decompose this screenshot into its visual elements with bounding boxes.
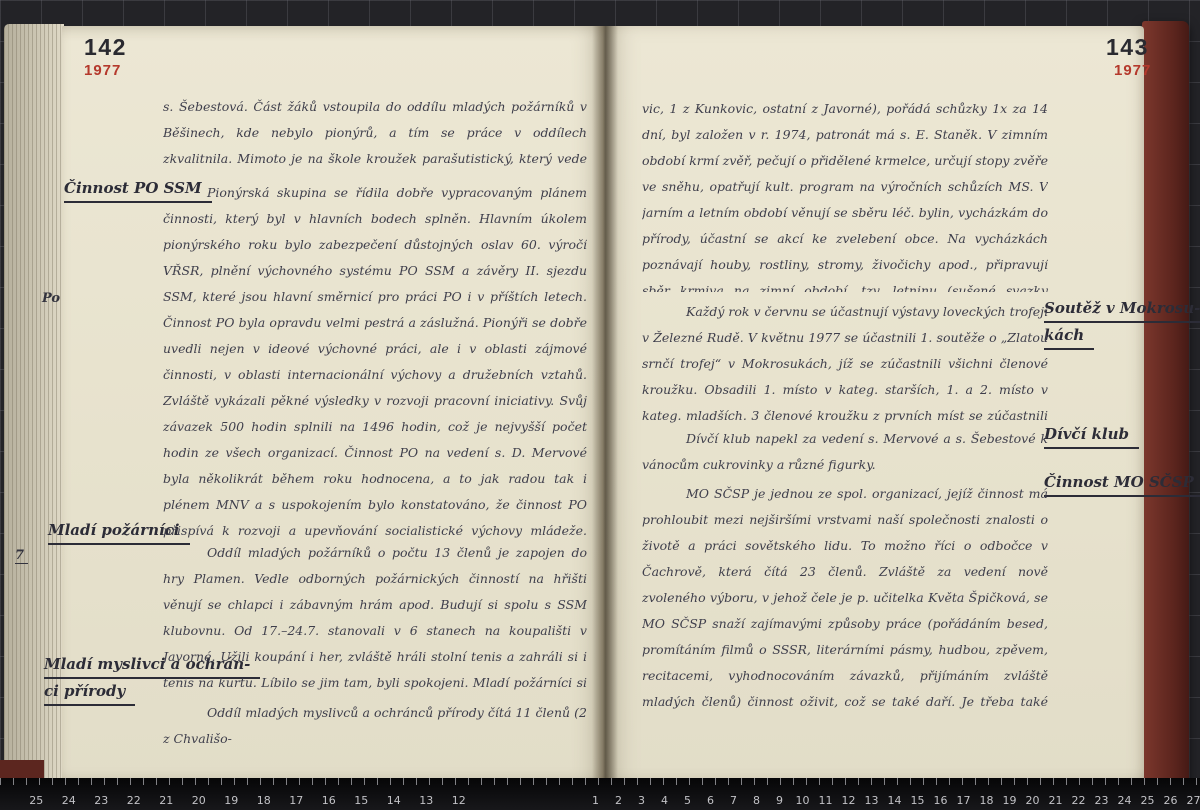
ruler-number: 5 (676, 794, 699, 807)
ruler-number: 10 (791, 794, 814, 807)
ruler-numbers-left: 2524232221201918171615141312 (20, 789, 475, 808)
ruler-number: 19 (215, 794, 248, 807)
edge-mark: Po (42, 291, 60, 306)
paragraph: Pionýrská skupina se řídila dobře vyprac… (163, 180, 587, 538)
heading-divci-klub: Dívčí klub (1044, 422, 1139, 449)
ruler-number: 23 (1090, 794, 1113, 807)
ruler-number: 27 (1182, 794, 1200, 807)
ruler-number: 7 (722, 794, 745, 807)
heading-text: Dívčí klub (1044, 422, 1139, 449)
measuring-ruler: 2524232221201918171615141312 12345678910… (0, 778, 1200, 810)
ruler-number: 1 (584, 794, 607, 807)
ruler-number: 13 (860, 794, 883, 807)
edge-mark: 7 (15, 548, 28, 564)
ruler-number: 16 (929, 794, 952, 807)
ruler-number: 17 (952, 794, 975, 807)
ruler-number: 15 (906, 794, 929, 807)
ruler-number: 21 (1044, 794, 1067, 807)
ruler-number: 26 (1159, 794, 1182, 807)
ruler-number: 25 (20, 794, 53, 807)
ruler-number: 21 (150, 794, 183, 807)
paragraph: vic, 1 z Kunkovic, ostatní z Javorné), p… (642, 96, 1048, 292)
left-page-year: 1977 (84, 62, 121, 79)
ruler-number: 18 (248, 794, 281, 807)
heading-text: Soutěž v Mokrosu- (1044, 296, 1200, 323)
ruler-number: 14 (378, 794, 411, 807)
ruler-number: 24 (1113, 794, 1136, 807)
ruler-number: 13 (410, 794, 443, 807)
ruler-number: 23 (85, 794, 118, 807)
ruler-number: 24 (53, 794, 86, 807)
paragraph: Oddíl mladých požárníků o počtu 13 členů… (163, 540, 587, 698)
ruler-number: 12 (443, 794, 476, 807)
ruler-number: 2 (607, 794, 630, 807)
heading-soutez-v-mokrosukach: Soutěž v Mokrosu- kách (1044, 296, 1200, 350)
ruler-number: 16 (313, 794, 346, 807)
ruler-number: 3 (630, 794, 653, 807)
ruler-number: 11 (814, 794, 837, 807)
right-page-year: 1977 (1114, 62, 1151, 79)
ruler-number: 17 (280, 794, 313, 807)
ruler-number: 22 (118, 794, 151, 807)
ruler-numbers-right: 1234567891011121314151617181920212223242… (584, 789, 1200, 808)
heading-cinnost-mo-scsp: Činnost MO SČSP (1044, 470, 1200, 497)
ruler-number: 6 (699, 794, 722, 807)
paragraph: s. Šebestová. Část žáků vstoupila do odd… (163, 94, 587, 176)
ruler-number: 18 (975, 794, 998, 807)
ruler-number: 15 (345, 794, 378, 807)
ruler-number: 8 (745, 794, 768, 807)
ruler-number: 20 (183, 794, 216, 807)
paragraph: Oddíl mladých myslivců a ochránců přírod… (163, 700, 587, 756)
ruler-number: 25 (1136, 794, 1159, 807)
page-content-layer: 142 1977 143 1977 Činnost PO SSM Mladí p… (0, 0, 1200, 810)
ruler-number: 22 (1067, 794, 1090, 807)
heading-text: Činnost MO SČSP (1044, 470, 1200, 497)
ruler-number: 19 (998, 794, 1021, 807)
ruler-number: 20 (1021, 794, 1044, 807)
ruler-ticks (0, 778, 1200, 785)
paragraph: Dívčí klub napekl za vedení s. Mervové a… (642, 426, 1048, 482)
heading-text: ci přírody (44, 679, 135, 706)
left-page-number: 142 (84, 34, 127, 61)
paragraph: Každý rok v červnu se účastnují výstavy … (642, 299, 1048, 431)
right-page-number: 143 (1106, 34, 1149, 61)
ruler-number: 4 (653, 794, 676, 807)
heading-text: kách (1044, 323, 1094, 350)
paragraph: MO SČSP je jednou ze spol. organizací, j… (642, 481, 1048, 717)
ruler-number: 14 (883, 794, 906, 807)
ruler-number: 12 (837, 794, 860, 807)
ruler-number: 9 (768, 794, 791, 807)
